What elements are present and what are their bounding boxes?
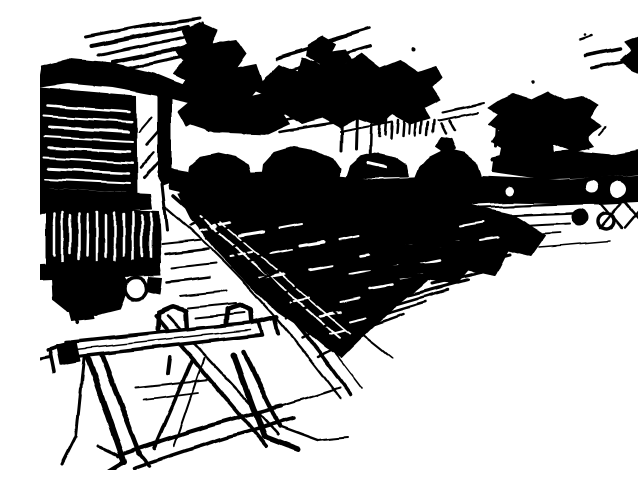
undercarriage bbox=[52, 275, 129, 315]
ink-illustration: Black-and-white ink sketch of a railway … bbox=[40, 16, 638, 470]
wagon-wheel bbox=[125, 278, 147, 300]
drawing-canvas bbox=[40, 16, 638, 470]
